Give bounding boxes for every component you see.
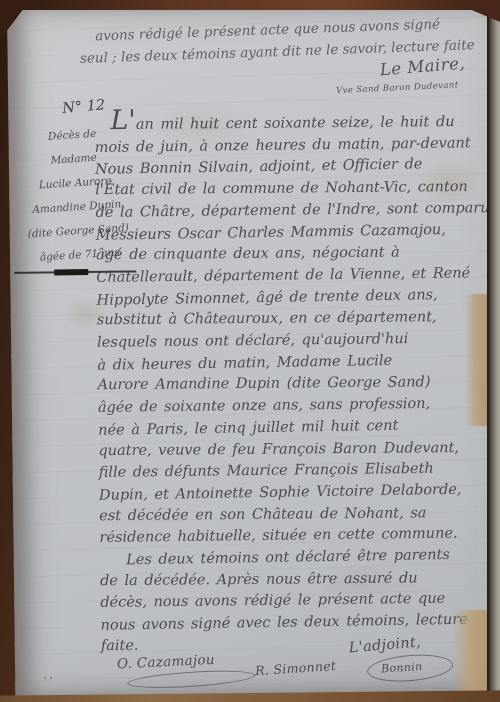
act-body-line: L'an mil huit cent soixante seize, le hu… [94,107,494,137]
signature-flourish [127,668,256,691]
divider-thick-mark [54,269,88,275]
act-body-line: l'État civil de la commune de Nohant-Vic… [95,177,495,202]
act-body-line: est décédée en son Château de Nohant, sa [99,502,499,527]
witness-signature-simonnet: R. Simonnet [255,658,337,678]
act-body-line: quatre, veuve de feu François Baron Dude… [98,437,498,462]
page-edge-right [487,0,500,702]
manuscript-page: avons rédigé le présent acte que nous av… [7,0,500,698]
act-body-line: Aurore Amandine Dupin (dite George Sand) [98,372,498,397]
signature-flourish [366,652,454,685]
act-body-line: âgé de cinquante deux ans, négociant à [96,242,496,267]
marginal-note-dudevant: Vve Sand Baron Dudevant [336,80,459,96]
witness-signature-cazamajou: O. Cazamajou [117,652,216,673]
act-body-text: L'an mil huit cent soixante seize, le hu… [94,106,500,658]
act-body-line: de la décédée. Après nous être assuré du [100,567,500,592]
scanned-register-photo: { "document": { "type": "acte-de-deces-m… [0,0,500,702]
ink-dots: .. [43,667,55,681]
act-body-line: substitut à Châteauroux, en ce départeme… [97,307,497,332]
book-edge-top [0,0,500,10]
